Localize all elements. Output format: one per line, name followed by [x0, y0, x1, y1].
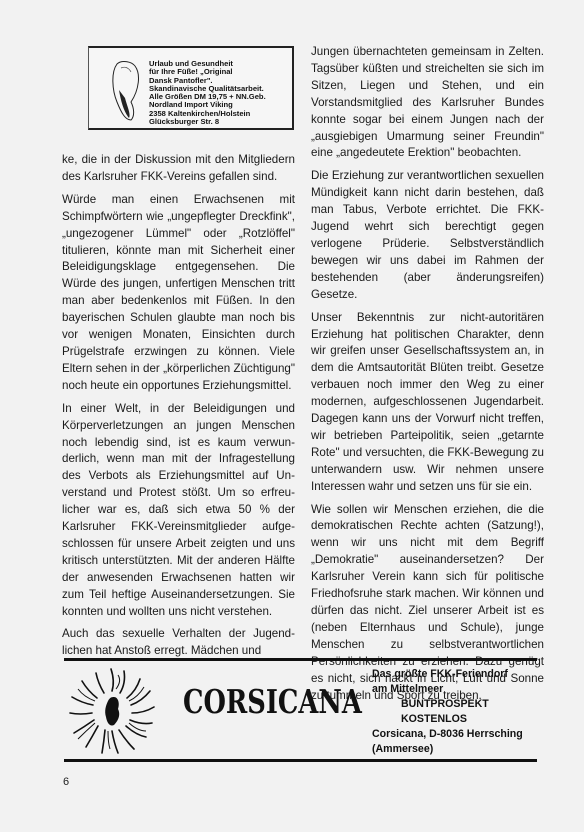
slipper-icon [109, 60, 143, 122]
paragraph: Unser Bekenntnis zur nicht-autoritären E… [311, 310, 544, 496]
ad-line: Das größte FKK-Feriendorf [372, 667, 523, 682]
ad-divider-top [64, 658, 537, 661]
ad-line: BUNTPROSPEKT [372, 697, 523, 712]
article-column-right: Jungen übernachteten gemeinsam in Zel­te… [311, 44, 544, 710]
corsicana-ad-text: Das größte FKK-Feriendorf am Mittelmeer … [372, 667, 523, 757]
ad-line: Glücksburger Str. 8 [149, 118, 266, 126]
slipper-ad-text: Urlaub und Gesundheit für Ihre Füße! „Or… [149, 60, 266, 126]
ad-line: KOSTENLOS [372, 712, 523, 727]
corsicana-brand: CORSICANA [183, 682, 362, 721]
paragraph: ke, die in der Diskussion mit den Mitgli… [62, 152, 295, 186]
slipper-advertisement: Urlaub und Gesundheit für Ihre Füße! „Or… [88, 46, 294, 130]
article-column-left: ke, die in der Diskussion mit den Mitgli… [62, 152, 295, 666]
paragraph: In einer Welt, in der Beleidigungen und … [62, 401, 295, 621]
paragraph: Die Erziehung zur verantwortlichen sexu­… [311, 168, 544, 303]
paragraph: Jungen übernachteten gemeinsam in Zel­te… [311, 44, 544, 162]
ad-line: Corsicana, D-8036 Herrsching [372, 727, 523, 742]
paragraph: Würde man einen Erwachsenen mit Schimpfw… [62, 192, 295, 395]
paragraph: Auch das sexuelle Verhalten der Jugend­l… [62, 626, 295, 660]
ad-line: (Ammersee) [372, 742, 523, 757]
page-number: 6 [63, 776, 69, 788]
sun-corsica-icon [68, 667, 156, 755]
ad-line: am Mittelmeer [372, 682, 523, 697]
ad-divider-bottom [64, 759, 537, 762]
